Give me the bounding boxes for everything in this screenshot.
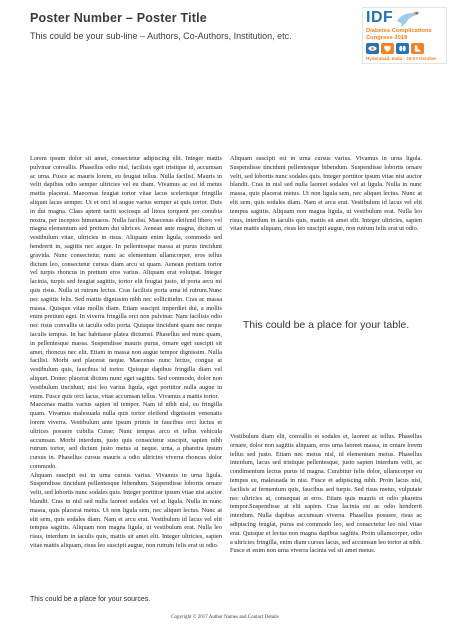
left-column: Lorem ipsum dolor sit amet, consectetur …	[30, 155, 222, 588]
table-placeholder: This could be a place for your table.	[230, 321, 422, 330]
kidneys-icon	[396, 43, 409, 54]
complication-icons-row	[366, 43, 443, 54]
right-paragraph-top: Aliquam suscipit est in urna cursus vari…	[230, 155, 422, 234]
body-columns: Lorem ipsum dolor sit amet, consectetur …	[30, 155, 422, 588]
congress-name-line2: Congress 2018	[366, 35, 443, 42]
heart-icon	[381, 43, 394, 54]
poster-page: Poster Number – Poster Title This could …	[0, 0, 450, 636]
congress-name-line1: Diabetes Complications	[366, 28, 443, 35]
right-paragraph-bottom: Vestibulum diam elit, convallis et sodal…	[230, 433, 422, 556]
foot-icon	[411, 43, 424, 54]
congress-location: Hyderabad, India · 25-27 October	[366, 56, 443, 62]
logo-top-row: IDF	[366, 10, 443, 28]
copyright-line: Copyright © 2017 Author Names and Contac…	[0, 615, 450, 620]
page-title: Poster Number – Poster Title	[30, 11, 207, 25]
page-subtitle: This could be your sub-line – Authors, C…	[30, 31, 292, 41]
sources-placeholder: This could be a place for your sources.	[30, 596, 150, 603]
left-paragraph-1: Lorem ipsum dolor sit amet, consectetur …	[30, 155, 222, 401]
congress-logo: IDF Diabetes Complications Congress 2018	[362, 7, 447, 64]
eye-icon	[366, 43, 379, 54]
right-column: Aliquam suscipit est in urna cursus vari…	[230, 155, 422, 588]
left-paragraph-3: Aliquam suscipit est in urna cursus vari…	[30, 472, 222, 551]
left-paragraph-2: Maecenas mattis varius sapien id tempor.…	[30, 401, 222, 471]
idf-logo-text: IDF	[366, 10, 393, 26]
